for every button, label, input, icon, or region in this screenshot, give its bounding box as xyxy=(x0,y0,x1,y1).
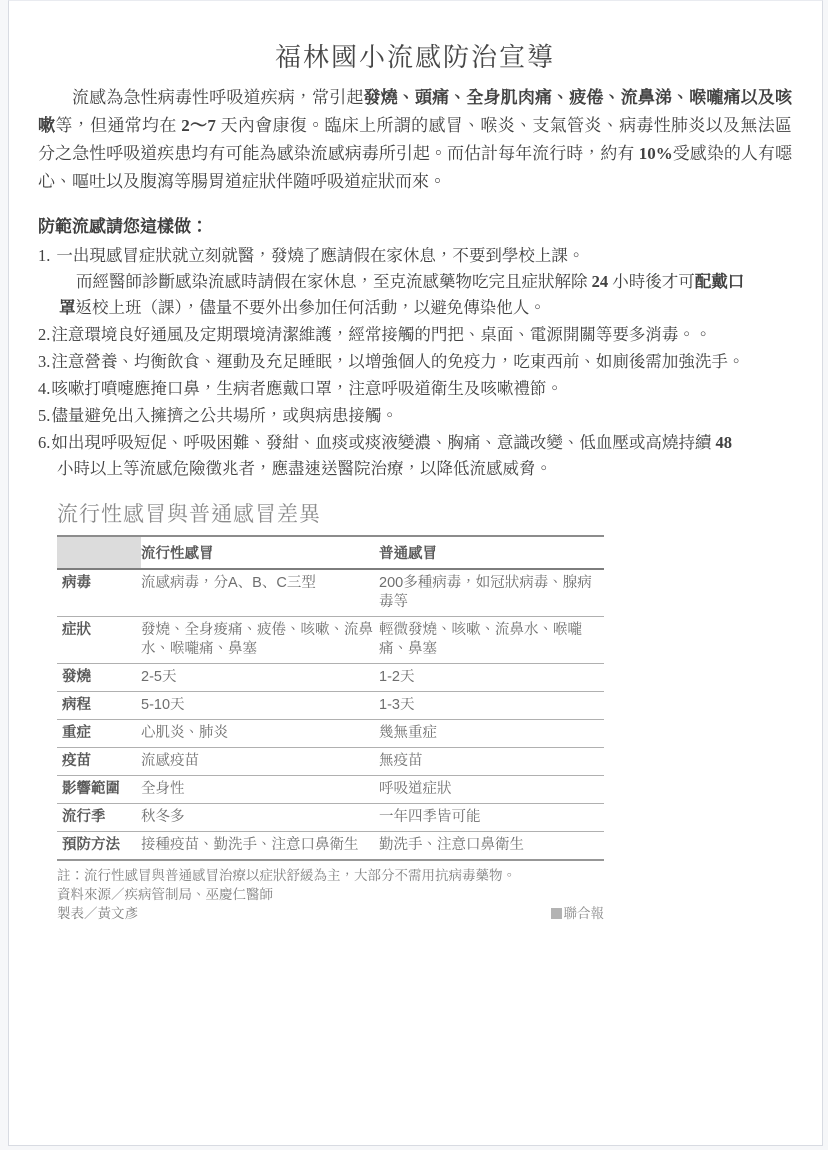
comparison-table-title: 流行性感冒與普通感冒差異 xyxy=(57,498,792,528)
row-label: 病毒 xyxy=(57,569,141,617)
column-header-flu: 流行性感冒 xyxy=(141,536,379,569)
item-number: 4. xyxy=(38,379,50,398)
column-header-cold: 普通感冒 xyxy=(379,536,604,569)
item-number: 6. xyxy=(38,433,50,452)
item-number: 3. xyxy=(38,352,50,371)
item-number: 2. xyxy=(38,325,50,344)
table-row: 流行季 秋冬多 一年四季皆可能 xyxy=(57,804,604,832)
table-row: 預防方法 接種疫苗、勤洗手、注意口鼻衛生 勤洗手、注意口鼻衛生 xyxy=(57,832,604,861)
bold-hours-48: 48 xyxy=(716,433,733,452)
advice-list: 1.一出現感冒症狀就立刻就醫，發燒了應請假在家休息，不要到學校上課。 而經醫師診… xyxy=(38,243,792,482)
row-label: 影響範圍 xyxy=(57,776,141,804)
brand-text: 聯合報 xyxy=(564,904,605,923)
flu-cell: 流感疫苗 xyxy=(141,748,379,776)
table-row: 症狀 發燒、全身痠痛、疲倦、咳嗽、流鼻水、喉嚨痛、鼻塞 輕微發燒、咳嗽、流鼻水、… xyxy=(57,617,604,664)
advice-item-1: 1.一出現感冒症狀就立刻就醫，發燒了應請假在家休息，不要到學校上課。 而經醫師診… xyxy=(38,243,792,321)
intro-paragraph: 流感為急性病毒性呼吸道疾病，常引起發燒、頭痛、全身肌肉痛、疲倦、流鼻涕、喉嚨痛以… xyxy=(38,84,792,196)
advice-item-3: 3.注意營養、均衡飲食、運動及充足睡眠，以增強個人的免疫力，吃東西前、如廁後需加… xyxy=(38,349,792,375)
item-number: 1. xyxy=(38,246,50,265)
advice-item-text: 儘量避免出入擁擠之公共場所，或與病患接觸。 xyxy=(51,406,398,425)
intro-bold-percent: 10% xyxy=(639,144,673,163)
row-label: 流行季 xyxy=(57,804,141,832)
flu-cell: 秋冬多 xyxy=(141,804,379,832)
table-row: 發燒 2-5天 1-2天 xyxy=(57,664,604,692)
credit-line: 製表／黃文彥 聯合報 xyxy=(57,904,604,923)
advice-item-1-line-2: 而經醫師診斷感染流感時請假在家休息，至克流感藥物吃完且症狀解除 24 小時後才可… xyxy=(76,269,792,295)
advice-item-text: 注意環境良好通風及定期環境清潔維護，經常接觸的門把、桌面、電源開關等要多消毒。。 xyxy=(51,325,711,344)
advice-heading: 防範流感請您這樣做： xyxy=(38,212,792,237)
row-label: 預防方法 xyxy=(57,832,141,861)
source-line: 資料來源／疾病管制局、巫慶仁醫師 xyxy=(57,885,604,904)
comparison-table: 流行性感冒 普通感冒 病毒 流感病毒，分A、B、C三型 200多種病毒，如冠狀病… xyxy=(57,535,604,861)
cold-cell: 一年四季皆可能 xyxy=(379,804,604,832)
intro-text: 流感為急性病毒性呼吸道疾病，常引起 xyxy=(72,88,364,107)
item-number: 5. xyxy=(38,406,50,425)
comparison-section: 流行性感冒與普通感冒差異 流行性感冒 普通感冒 病毒 流感病毒，分A、B、C三型… xyxy=(38,498,792,923)
brand-mark: 聯合報 xyxy=(551,904,605,923)
advice-item-6: 6.如出現呼吸短促、呼吸困難、發紺、血痰或痰液變濃、胸痛、意識改變、低血壓或高燒… xyxy=(38,430,792,482)
document-page: 福林國小流感防治宣導 流感為急性病毒性呼吸道疾病，常引起發燒、頭痛、全身肌肉痛、… xyxy=(8,0,823,1146)
row-label: 發燒 xyxy=(57,664,141,692)
table-corner-cell xyxy=(57,536,141,569)
advice-item-text: 返校上班（課），儘量不要外出參加任何活動，以避免傳染他人。 xyxy=(76,298,546,317)
intro-bold-days: 2～7 xyxy=(181,116,216,135)
page-title: 福林國小流感防治宣導 xyxy=(38,37,792,74)
bold-mask-text: 配戴口 xyxy=(695,272,745,291)
cold-cell: 勤洗手、注意口鼻衛生 xyxy=(379,832,604,861)
bold-mask-text: 罩 xyxy=(59,298,76,317)
table-footnotes: 註：流行性感冒與普通感冒治療以症狀舒緩為主，大部分不需用抗病毒藥物。 資料來源／… xyxy=(57,866,604,923)
table-row: 影響範圍 全身性 呼吸道症狀 xyxy=(57,776,604,804)
advice-item-4: 4.咳嗽打噴嚏應掩口鼻，生病者應戴口罩，注意呼吸道衛生及咳嗽禮節。 xyxy=(38,376,792,402)
cold-cell: 輕微發燒、咳嗽、流鼻水、喉嚨痛、鼻塞 xyxy=(379,617,604,664)
advice-item-1-line-3: 罩返校上班（課），儘量不要外出參加任何活動，以避免傳染他人。 xyxy=(59,295,792,321)
advice-item-text: 一出現感冒症狀就立刻就醫，發燒了應請假在家休息，不要到學校上課。 xyxy=(56,246,584,265)
brand-square-icon xyxy=(551,908,562,919)
advice-item-text: 注意營養、均衡飲食、運動及充足睡眠，以增強個人的免疫力，吃東西前、如廁後需加強洗… xyxy=(51,352,744,371)
row-label: 疫苗 xyxy=(57,748,141,776)
advice-item-1-line-1: 1.一出現感冒症狀就立刻就醫，發燒了應請假在家休息，不要到學校上課。 xyxy=(38,243,792,269)
advice-item-6-line-2: 小時以上等流感危險徵兆者，應盡速送醫院治療，以降低流感威脅。 xyxy=(57,456,792,482)
advice-item-text: 而經醫師診斷感染流感時請假在家休息，至克流感藥物吃完且症狀解除 xyxy=(76,272,592,291)
cold-cell: 1-2天 xyxy=(379,664,604,692)
row-label: 重症 xyxy=(57,720,141,748)
row-label: 病程 xyxy=(57,692,141,720)
cold-cell: 1-3天 xyxy=(379,692,604,720)
credit-text: 製表／黃文彥 xyxy=(57,904,138,923)
advice-item-6-line-1: 6.如出現呼吸短促、呼吸困難、發紺、血痰或痰液變濃、胸痛、意識改變、低血壓或高燒… xyxy=(38,430,792,456)
table-row: 病毒 流感病毒，分A、B、C三型 200多種病毒，如冠狀病毒、腺病毒等 xyxy=(57,569,604,617)
flu-cell: 流感病毒，分A、B、C三型 xyxy=(141,569,379,617)
cold-cell: 呼吸道症狀 xyxy=(379,776,604,804)
row-label: 症狀 xyxy=(57,617,141,664)
advice-item-text: 如出現呼吸短促、呼吸困難、發紺、血痰或痰液變濃、胸痛、意識改變、低血壓或高燒持續 xyxy=(51,433,715,452)
intro-text: 等，但通常均在 xyxy=(55,116,181,135)
advice-item-5: 5.儘量避免出入擁擠之公共場所，或與病患接觸。 xyxy=(38,403,792,429)
flu-cell: 2-5天 xyxy=(141,664,379,692)
cold-cell: 無疫苗 xyxy=(379,748,604,776)
cold-cell: 200多種病毒，如冠狀病毒、腺病毒等 xyxy=(379,569,604,617)
table-header-row: 流行性感冒 普通感冒 xyxy=(57,536,604,569)
bold-hours-24: 24 xyxy=(592,272,609,291)
flu-cell: 接種疫苗、勤洗手、注意口鼻衛生 xyxy=(141,832,379,861)
flu-cell: 5-10天 xyxy=(141,692,379,720)
advice-item-text: 小時以上等流感危險徵兆者，應盡速送醫院治療，以降低流感威脅。 xyxy=(57,459,552,478)
advice-item-text: 小時後才可 xyxy=(608,272,695,291)
table-row: 疫苗 流感疫苗 無疫苗 xyxy=(57,748,604,776)
flu-cell: 心肌炎、肺炎 xyxy=(141,720,379,748)
flu-cell: 發燒、全身痠痛、疲倦、咳嗽、流鼻水、喉嚨痛、鼻塞 xyxy=(141,617,379,664)
table-row: 重症 心肌炎、肺炎 幾無重症 xyxy=(57,720,604,748)
note-line: 註：流行性感冒與普通感冒治療以症狀舒緩為主，大部分不需用抗病毒藥物。 xyxy=(57,866,604,885)
table-row: 病程 5-10天 1-3天 xyxy=(57,692,604,720)
flu-cell: 全身性 xyxy=(141,776,379,804)
advice-item-text: 咳嗽打噴嚏應掩口鼻，生病者應戴口罩，注意呼吸道衛生及咳嗽禮節。 xyxy=(51,379,563,398)
cold-cell: 幾無重症 xyxy=(379,720,604,748)
advice-item-2: 2.注意環境良好通風及定期環境清潔維護，經常接觸的門把、桌面、電源開關等要多消毒… xyxy=(38,322,792,348)
